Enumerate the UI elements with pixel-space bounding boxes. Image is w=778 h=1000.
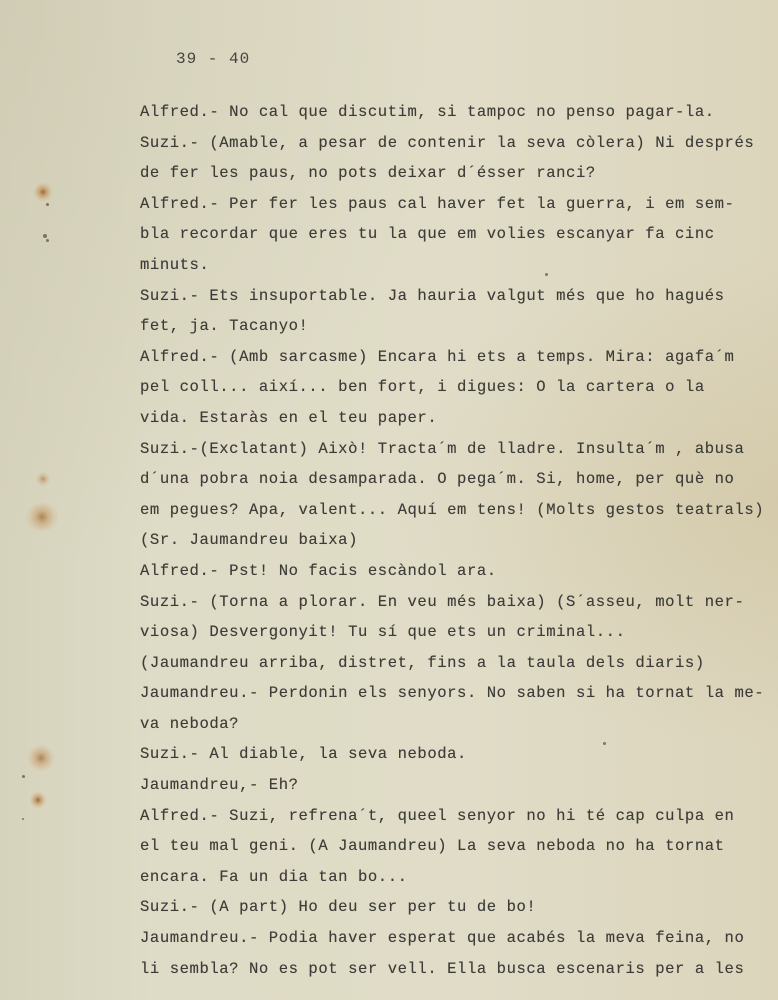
text-line: Suzi.- Al diable, la seva neboda. bbox=[140, 739, 740, 770]
text-line: Alfred.- Pst! No facis escàndol ara. bbox=[140, 556, 740, 587]
text-line: Suzi.-(Exclatant) Això! Tracta´m de llad… bbox=[140, 434, 740, 465]
text-line: (Sr. Jaumandreu baixa) bbox=[140, 525, 740, 556]
text-line: (Jaumandreu arriba, distret, fins a la t… bbox=[140, 648, 740, 679]
page-number: 39 - 40 bbox=[176, 50, 250, 68]
text-line: minuts. bbox=[140, 250, 740, 281]
text-line: Suzi.- Ets insuportable. Ja hauria valgu… bbox=[140, 281, 740, 312]
text-line: pel coll... així... ben fort, i digues: … bbox=[140, 372, 740, 403]
text-line: Alfred.- No cal que discutim, si tampoc … bbox=[140, 97, 740, 128]
text-line: de fer les paus, no pots deixar d´ésser … bbox=[140, 158, 740, 189]
rust-stain bbox=[36, 472, 50, 486]
text-line: fet, ja. Tacanyo! bbox=[140, 311, 740, 342]
text-line: Jaumandreu,- Eh? bbox=[140, 770, 740, 801]
text-line: li sembla? No es pot ser vell. Ella busc… bbox=[140, 954, 740, 985]
text-line: Alfred.- (Amb sarcasme) Encara hi ets a … bbox=[140, 342, 740, 373]
ink-speck bbox=[22, 775, 25, 778]
text-line: Alfred.- Suzi, refrena´t, queel senyor n… bbox=[140, 801, 740, 832]
text-line: em pegues? Apa, valent... Aquí em tens! … bbox=[140, 495, 740, 526]
text-line: viosa) Desvergonyit! Tu sí que ets un cr… bbox=[140, 617, 740, 648]
text-line: Jaumandreu.- Perdonin els senyors. No sa… bbox=[140, 678, 740, 709]
rust-stain bbox=[30, 792, 46, 808]
text-line: d´una pobra noia desamparada. O pega´m. … bbox=[140, 464, 740, 495]
text-line: bla recordar que eres tu la que em volie… bbox=[140, 219, 740, 250]
ink-speck bbox=[46, 203, 49, 206]
text-line: Suzi.- (A part) Ho deu ser per tu de bo! bbox=[140, 892, 740, 923]
ink-speck bbox=[46, 239, 49, 242]
text-line: Suzi.- (Amable, a pesar de contenir la s… bbox=[140, 128, 740, 159]
text-line: vida. Estaràs en el teu paper. bbox=[140, 403, 740, 434]
ink-speck bbox=[43, 234, 47, 238]
typescript-page: 39 - 40 Alfred.- No cal que discutim, si… bbox=[0, 0, 778, 1000]
rust-stain bbox=[28, 745, 54, 771]
text-line: va neboda? bbox=[140, 709, 740, 740]
text-line: Suzi.- (Torna a plorar. En veu més baixa… bbox=[140, 587, 740, 618]
ink-speck bbox=[22, 818, 24, 820]
dialogue-body: Alfred.- No cal que discutim, si tampoc … bbox=[140, 97, 740, 984]
text-line: encara. Fa un dia tan bo... bbox=[140, 862, 740, 893]
rust-stain bbox=[26, 503, 58, 531]
text-line: Jaumandreu.- Podia haver esperat que aca… bbox=[140, 923, 740, 954]
text-line: el teu mal geni. (A Jaumandreu) La seva … bbox=[140, 831, 740, 862]
rust-stain bbox=[34, 183, 52, 201]
text-line: Alfred.- Per fer les paus cal haver fet … bbox=[140, 189, 740, 220]
